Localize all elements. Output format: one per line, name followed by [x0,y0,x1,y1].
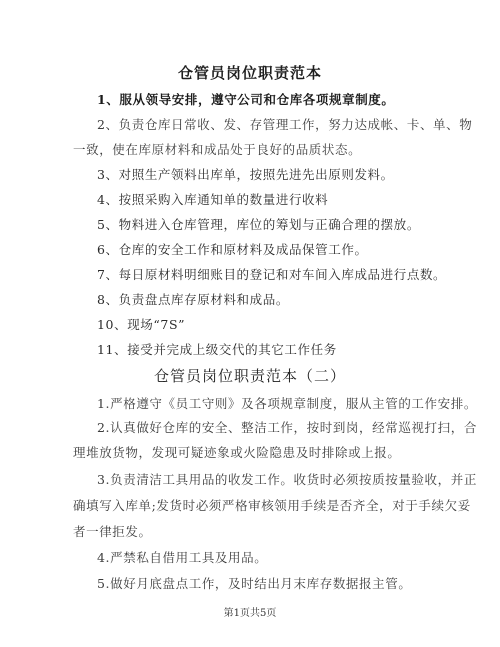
document-page: 仓管员岗位职责范本 1、服从领导安排，遵守公司和仓库各项规章制度。 2、负责仓库… [0,0,500,647]
s1-item-11: 11、接受并完成上级交代的其它工作任务 [97,340,337,358]
s2-item-5: 5.做好月底盘点工作，及时结出月末库存数据报主管。 [97,574,411,592]
s1-item-8: 8、负责盘点库存原材料和成品。 [97,290,289,308]
s2-item-1: 1.严格遵守《员工守则》及各项规章制度，服从主管的工作安排。 [97,394,477,412]
s1-item-6: 6、仓库的安全工作和原材料及成品保管工作。 [97,240,368,258]
s2-item-3: 3.负责清洁工具用品的收发工作。收货时必须按质按量验收，并正 [97,470,477,488]
s2-item-2: 2.认真做好仓库的安全、整洁工作，按时到岗，经常巡视打扫，合 [97,418,477,436]
section-2-title: 仓管员岗位职责范本（二） [0,365,500,386]
s1-item-3: 3、对照生产领料出库单，按照先进先出原则发料。 [97,165,394,183]
s1-item-5: 5、物料进入仓库管理，库位的筹划与正确合理的摆放。 [97,215,420,233]
s1-item-2: 2、负责仓库日常收、发、存管理工作，努力达成帐、卡、单、物 [97,115,472,133]
s1-item-4: 4、按照采购入库通知单的数量进行收料 [97,190,328,208]
s2-item-2-cont: 理堆放货物，发现可疑迹象或火险隐患及时排除或上报。 [73,443,401,461]
s1-item-10: 10、现场“7S” [97,315,185,333]
s2-item-3-cont2: 者一律拒发。 [73,522,152,540]
section-1-title: 仓管员岗位职责范本 [0,62,500,83]
s1-item-7: 7、每日原材料明细账目的登记和对车间入库成品进行点数。 [97,265,446,283]
page-footer: 第1页共5页 [0,604,500,619]
s1-item-1: 1、服从领导安排，遵守公司和仓库各项规章制度。 [97,90,395,108]
s2-item-4: 4.严禁私自借用工具及用品。 [97,548,267,566]
s1-item-2-cont: 一致，使在库原材料和成品处于良好的品质状态。 [73,140,361,158]
s2-item-3-cont1: 确填写入库单;发货时必须严格审核领用手续是否齐全，对于手续欠妥 [73,496,471,514]
